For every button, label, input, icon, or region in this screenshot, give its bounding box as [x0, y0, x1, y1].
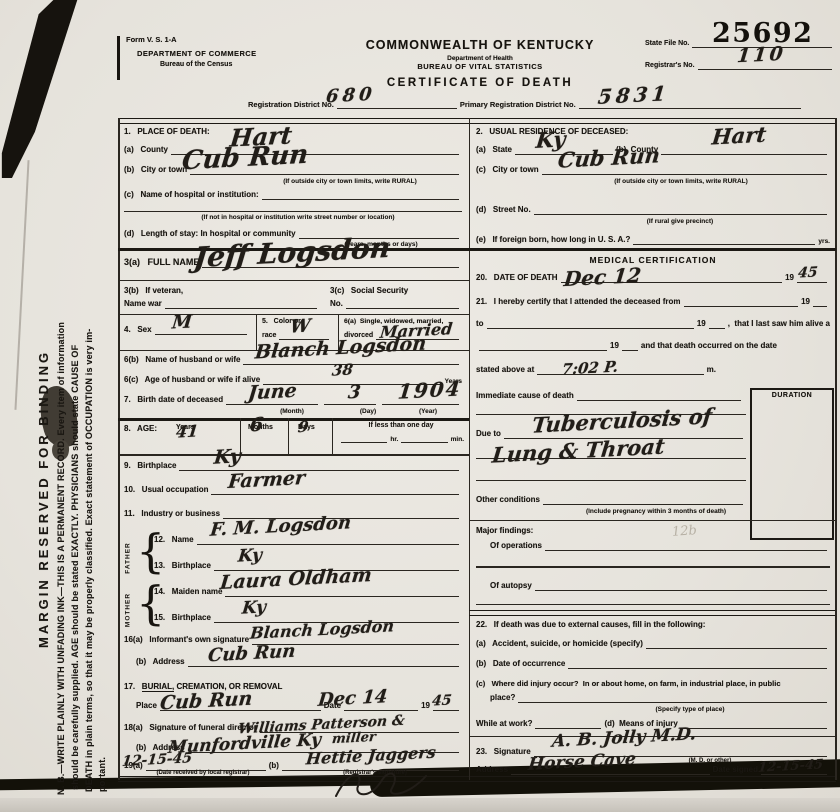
hw-residence-city: Cub Run [557, 144, 661, 170]
row-7-separator [118, 418, 469, 421]
paper-edge-line [14, 160, 29, 410]
street-row: (d) Street No. [476, 206, 830, 215]
birth-year-note: (Year) [398, 408, 458, 415]
hw-cause-line-2: Lung & Throat [491, 435, 666, 465]
hw-date-signed: 12-15-45 [757, 758, 823, 774]
hw-residence-county: Hart [711, 124, 767, 148]
autopsy-label: Of autopsy [490, 582, 532, 591]
registrar-no-value: 110 [736, 45, 787, 67]
registrar-no-label: Registrar's No. [645, 62, 695, 70]
primary-district-value: 5831 [597, 83, 671, 107]
ssn-row: No. [330, 300, 462, 309]
hw-time-of-death: 7:02 P. [561, 359, 619, 377]
certify-row-1: 21. I hereby certify that I attended the… [476, 298, 830, 307]
certify-text-1: 21. I hereby certify that I attended the… [476, 298, 681, 307]
form-left-border [118, 118, 120, 780]
immediate-cause-label: Immediate cause of death [476, 392, 574, 401]
age-label: 8. AGE: [124, 424, 157, 433]
external-a-row: (a) Accident, suicide, or homicide (spec… [476, 640, 830, 649]
certify-19c-line [622, 347, 638, 351]
external-a-line [646, 645, 827, 649]
external-c-place-label: place? [490, 694, 515, 703]
county-label: (a) County [124, 146, 168, 155]
mother-name-line [225, 593, 459, 597]
burial-year-printed: 19 [421, 702, 430, 711]
certify-line-1 [684, 303, 799, 307]
reg-district-line [337, 105, 457, 109]
veteran-row: Name war [124, 300, 320, 309]
margin-nb-line-2: should be carefully supplied. AGE should… [70, 345, 80, 790]
burial-word-underlined: BURIAL, [142, 682, 174, 692]
hw-father-birthplace: Ky [237, 547, 263, 565]
birth-day-note: (Day) [342, 408, 394, 415]
external-c-label: (c) Where did injury occur? In or about … [476, 680, 781, 689]
bureau-of-census: Bureau of the Census [160, 61, 232, 69]
immediate-cause-row: Immediate cause of death [476, 392, 744, 401]
duration-label: DURATION [752, 392, 832, 400]
hw-burial-date: Dec 14 [317, 688, 388, 710]
hw-informant-address: Cub Run [207, 643, 296, 666]
other-conditions-label: Other conditions [476, 496, 540, 505]
residence-county-line [661, 151, 827, 155]
place-of-death-title: 1. PLACE OF DEATH: [124, 127, 210, 136]
hospital-label: (c) Name of hospital or institution: [124, 191, 259, 200]
residence-state-label: (a) State [476, 146, 512, 155]
hw-received-date: 12-15-45 [121, 751, 192, 769]
other-conditions-note: (Include pregnancy within 3 months of de… [556, 508, 756, 515]
father-name-line [197, 541, 459, 545]
sex-label: 4. Sex [124, 326, 152, 335]
informant-address-label: (b) Address [136, 658, 185, 667]
hw-funeral-director-2: miller [331, 731, 376, 746]
father-name-label: 12. Name [154, 536, 194, 545]
physician-address-label: Address [476, 766, 508, 775]
hw-burial-place: Cub Run [159, 690, 253, 714]
ssn-line [346, 305, 459, 309]
certify-19-b: 19 [697, 320, 706, 329]
row-8-border [118, 454, 469, 456]
hw-age-years: 41 [175, 423, 199, 440]
residence-city-label: (c) City or town [476, 166, 539, 175]
form-right-border [835, 118, 837, 780]
external-c-line [518, 699, 827, 703]
ssn-label: 3(c) Social Security [330, 286, 408, 295]
state-file-label: State File No. [645, 40, 689, 48]
certify-text-2: to [476, 320, 484, 329]
veteran-war-label: Name war [124, 300, 162, 309]
hw-place-city: Cub Run [181, 142, 310, 175]
physician-signature-label: 23. Signature [476, 748, 531, 757]
reg-district-value: 680 [325, 86, 376, 107]
father-birthplace-label: 13. Birthplace [154, 562, 211, 571]
major-findings-top-rule [469, 520, 835, 521]
operations-rule-2 [476, 566, 830, 568]
external-c-note: (Specify type of place) [600, 706, 780, 713]
while-at-work-line [535, 725, 601, 729]
row-3a-border [118, 280, 469, 281]
reg-district-label: Registration District No. [248, 101, 334, 109]
external-a-label: (a) Accident, suicide, or homicide (spec… [476, 640, 643, 649]
birth-date-label: 7. Birth date of deceased [124, 396, 223, 405]
certify-text-3b: and that death occurred on the date [641, 342, 777, 351]
hw-spouse-age: 38 [331, 362, 353, 378]
hw-occupation: Farmer [227, 469, 306, 492]
city-note: (If outside city or town limits, write R… [238, 178, 462, 185]
autopsy-rule-2 [476, 604, 830, 605]
row-3b-border [118, 314, 469, 315]
hw-mother-birthplace: Ky [241, 599, 267, 617]
pencil-mark: 12b [672, 523, 698, 540]
bureau-vital-statistics: BUREAU OF VITAL STATISTICS [352, 63, 608, 72]
hospital-line [262, 196, 459, 200]
certify-row-3: 19 and that death occurred on the date [476, 342, 830, 351]
operations-label: Of operations [490, 542, 542, 551]
registrar-sig-label: (b) [269, 762, 279, 771]
cause-rule-3 [476, 480, 746, 481]
residence-city-note: (If outside city or town limits, write R… [556, 178, 806, 185]
residence-city-line [542, 171, 827, 175]
margin-nb-line-1: N. B.—WRITE PLAINLY WITH UNFADING INK—TH… [56, 322, 66, 795]
father-side-label: FATHER [125, 542, 132, 574]
spouse-label: 6(b) Name of husband or wife [124, 356, 240, 365]
header-left-tick [117, 36, 120, 80]
hospital-line-2 [124, 211, 462, 212]
street-line [534, 211, 827, 215]
major-findings-label: Major findings: [476, 526, 533, 535]
burial-number: 17. [124, 682, 142, 691]
torn-corner-mark [0, 0, 92, 178]
margin-binding-label: MARGIN RESERVED FOR BINDING [36, 350, 51, 648]
hw-burial-year: 45 [431, 693, 452, 708]
hw-sex: M [171, 313, 193, 332]
age-cell-div-2 [288, 418, 289, 454]
sex-line [155, 331, 247, 335]
form-bottom-rule [118, 776, 836, 782]
department-of-commerce: DEPARTMENT OF COMMERCE [137, 50, 257, 59]
certify-line-2 [487, 325, 694, 329]
registrar-no-line [698, 66, 832, 70]
commonwealth-title: COMMONWEALTH OF KENTUCKY [352, 38, 608, 52]
hr-min-row: hr. min. [338, 436, 464, 443]
birthplace-label: 9. Birthplace [124, 462, 176, 471]
margin-nb-line-4: portant. [97, 757, 107, 792]
date-of-death-label: 20. DATE OF DEATH [476, 274, 558, 283]
external-b-row: (b) Date of occurrence [476, 660, 830, 669]
certify-19-a: 19 [801, 298, 810, 307]
hw-color: W [289, 317, 311, 336]
age-cell-div-3 [332, 418, 333, 454]
street-label: (d) Street No. [476, 206, 531, 215]
while-at-work-label: While at work? [476, 720, 532, 729]
margin-nb-line-3: DEATH in plain terms, so that it may be … [84, 328, 94, 792]
hr-line [341, 439, 387, 443]
hospital-row: (c) Name of hospital or institution: [124, 191, 462, 200]
burial-place-label: Place [136, 702, 157, 711]
mother-side-label: MOTHER [125, 593, 132, 627]
foreign-born-suffix: yrs. [818, 238, 830, 245]
mother-name-label: 14. Maiden name [154, 588, 222, 597]
immediate-cause-line [577, 397, 741, 401]
means-of-injury-line [681, 725, 827, 729]
other-conditions-line [543, 501, 743, 505]
hw-age-months: 6 [249, 416, 264, 436]
death-year-printed: 19 [785, 274, 794, 283]
hw-death-year: 45 [797, 265, 818, 280]
foreign-born-row: (e) If foreign born, how long in U. S. A… [476, 236, 830, 245]
death-certificate-scan: MARGIN RESERVED FOR BINDING N. B.—WRITE … [0, 0, 840, 812]
external-b-line [568, 665, 827, 669]
autopsy-line [535, 587, 827, 591]
operations-row: Of operations [490, 542, 830, 551]
hr-label: hr. [390, 436, 398, 443]
hospital-note: (If not in hospital or institution write… [134, 214, 462, 221]
occupation-label: 10. Usual occupation [124, 486, 208, 495]
veteran-label: 3(b) If veteran, [124, 286, 183, 295]
other-conditions-row: Other conditions [476, 496, 746, 505]
min-line [401, 439, 447, 443]
hw-birth-month: June [247, 382, 298, 404]
hw-age-days: 9 [297, 420, 309, 436]
hw-birth-day: 3 [347, 384, 361, 403]
hw-death-date: Dec 12 [563, 265, 642, 289]
certify-19-c: 19 [610, 342, 619, 351]
date-of-death-row: 20. DATE OF DEATH 19 [476, 274, 830, 283]
father-name-row: 12. Name [154, 536, 462, 545]
certify-text-4: stated above at [476, 366, 534, 375]
city-label: (b) City or town [124, 166, 187, 175]
due-to-label: Due to [476, 430, 501, 439]
full-name-label: 3(a) FULL NAME [124, 258, 199, 268]
less-than-day-note: If less than one day [338, 422, 464, 429]
street-note: (If rural give precinct) [600, 218, 760, 225]
industry-label: 11. Industry or business [124, 510, 220, 519]
certify-m-label: m. [707, 366, 716, 375]
form-number: Form V. S. 1-A [126, 36, 177, 45]
duration-box [750, 388, 834, 540]
foreign-born-line [633, 241, 815, 245]
ssn-no-label: No. [330, 300, 343, 309]
operations-line [545, 547, 827, 551]
certify-row-2: to 19 , that I last saw him alive a [476, 320, 830, 329]
hw-birth-year: 1904 [397, 378, 463, 401]
form-center-divider [469, 118, 470, 780]
foreign-born-label: (e) If foreign born, how long in U. S. A… [476, 236, 630, 245]
spouse-age-label: 6(c) Age of husband or wife if alive [124, 376, 260, 385]
min-label: min. [451, 436, 464, 443]
hw-birthplace: Ky [213, 447, 242, 468]
certify-19a-line [813, 303, 827, 307]
external-b-label: (b) Date of occurrence [476, 660, 565, 669]
certificate-of-death-title: CERTIFICATE OF DEATH [352, 77, 608, 90]
date-signed-label: Date signed [713, 766, 758, 775]
registrar-signature-flourish [330, 766, 440, 804]
primary-district-label: Primary Registration District No. [460, 101, 576, 109]
autopsy-row: Of autopsy [490, 582, 830, 591]
medical-certification-title: MEDICAL CERTIFICATION [476, 256, 830, 266]
veteran-war-line [165, 305, 317, 309]
certify-text-2b: , that I last saw him alive a [728, 320, 830, 329]
external-causes-title: 22. If death was due to external causes,… [476, 620, 705, 629]
certify-line-3 [479, 347, 607, 351]
mother-birthplace-label: 15. Birthplace [154, 614, 211, 623]
section-22-separator [469, 610, 835, 616]
received-note: (Date received by local registrar) [138, 770, 268, 776]
certify-19b-line [709, 325, 725, 329]
external-c-row: place? [490, 694, 830, 703]
informant-address-row: (b) Address [136, 658, 462, 667]
color-race-label: race [262, 332, 276, 340]
